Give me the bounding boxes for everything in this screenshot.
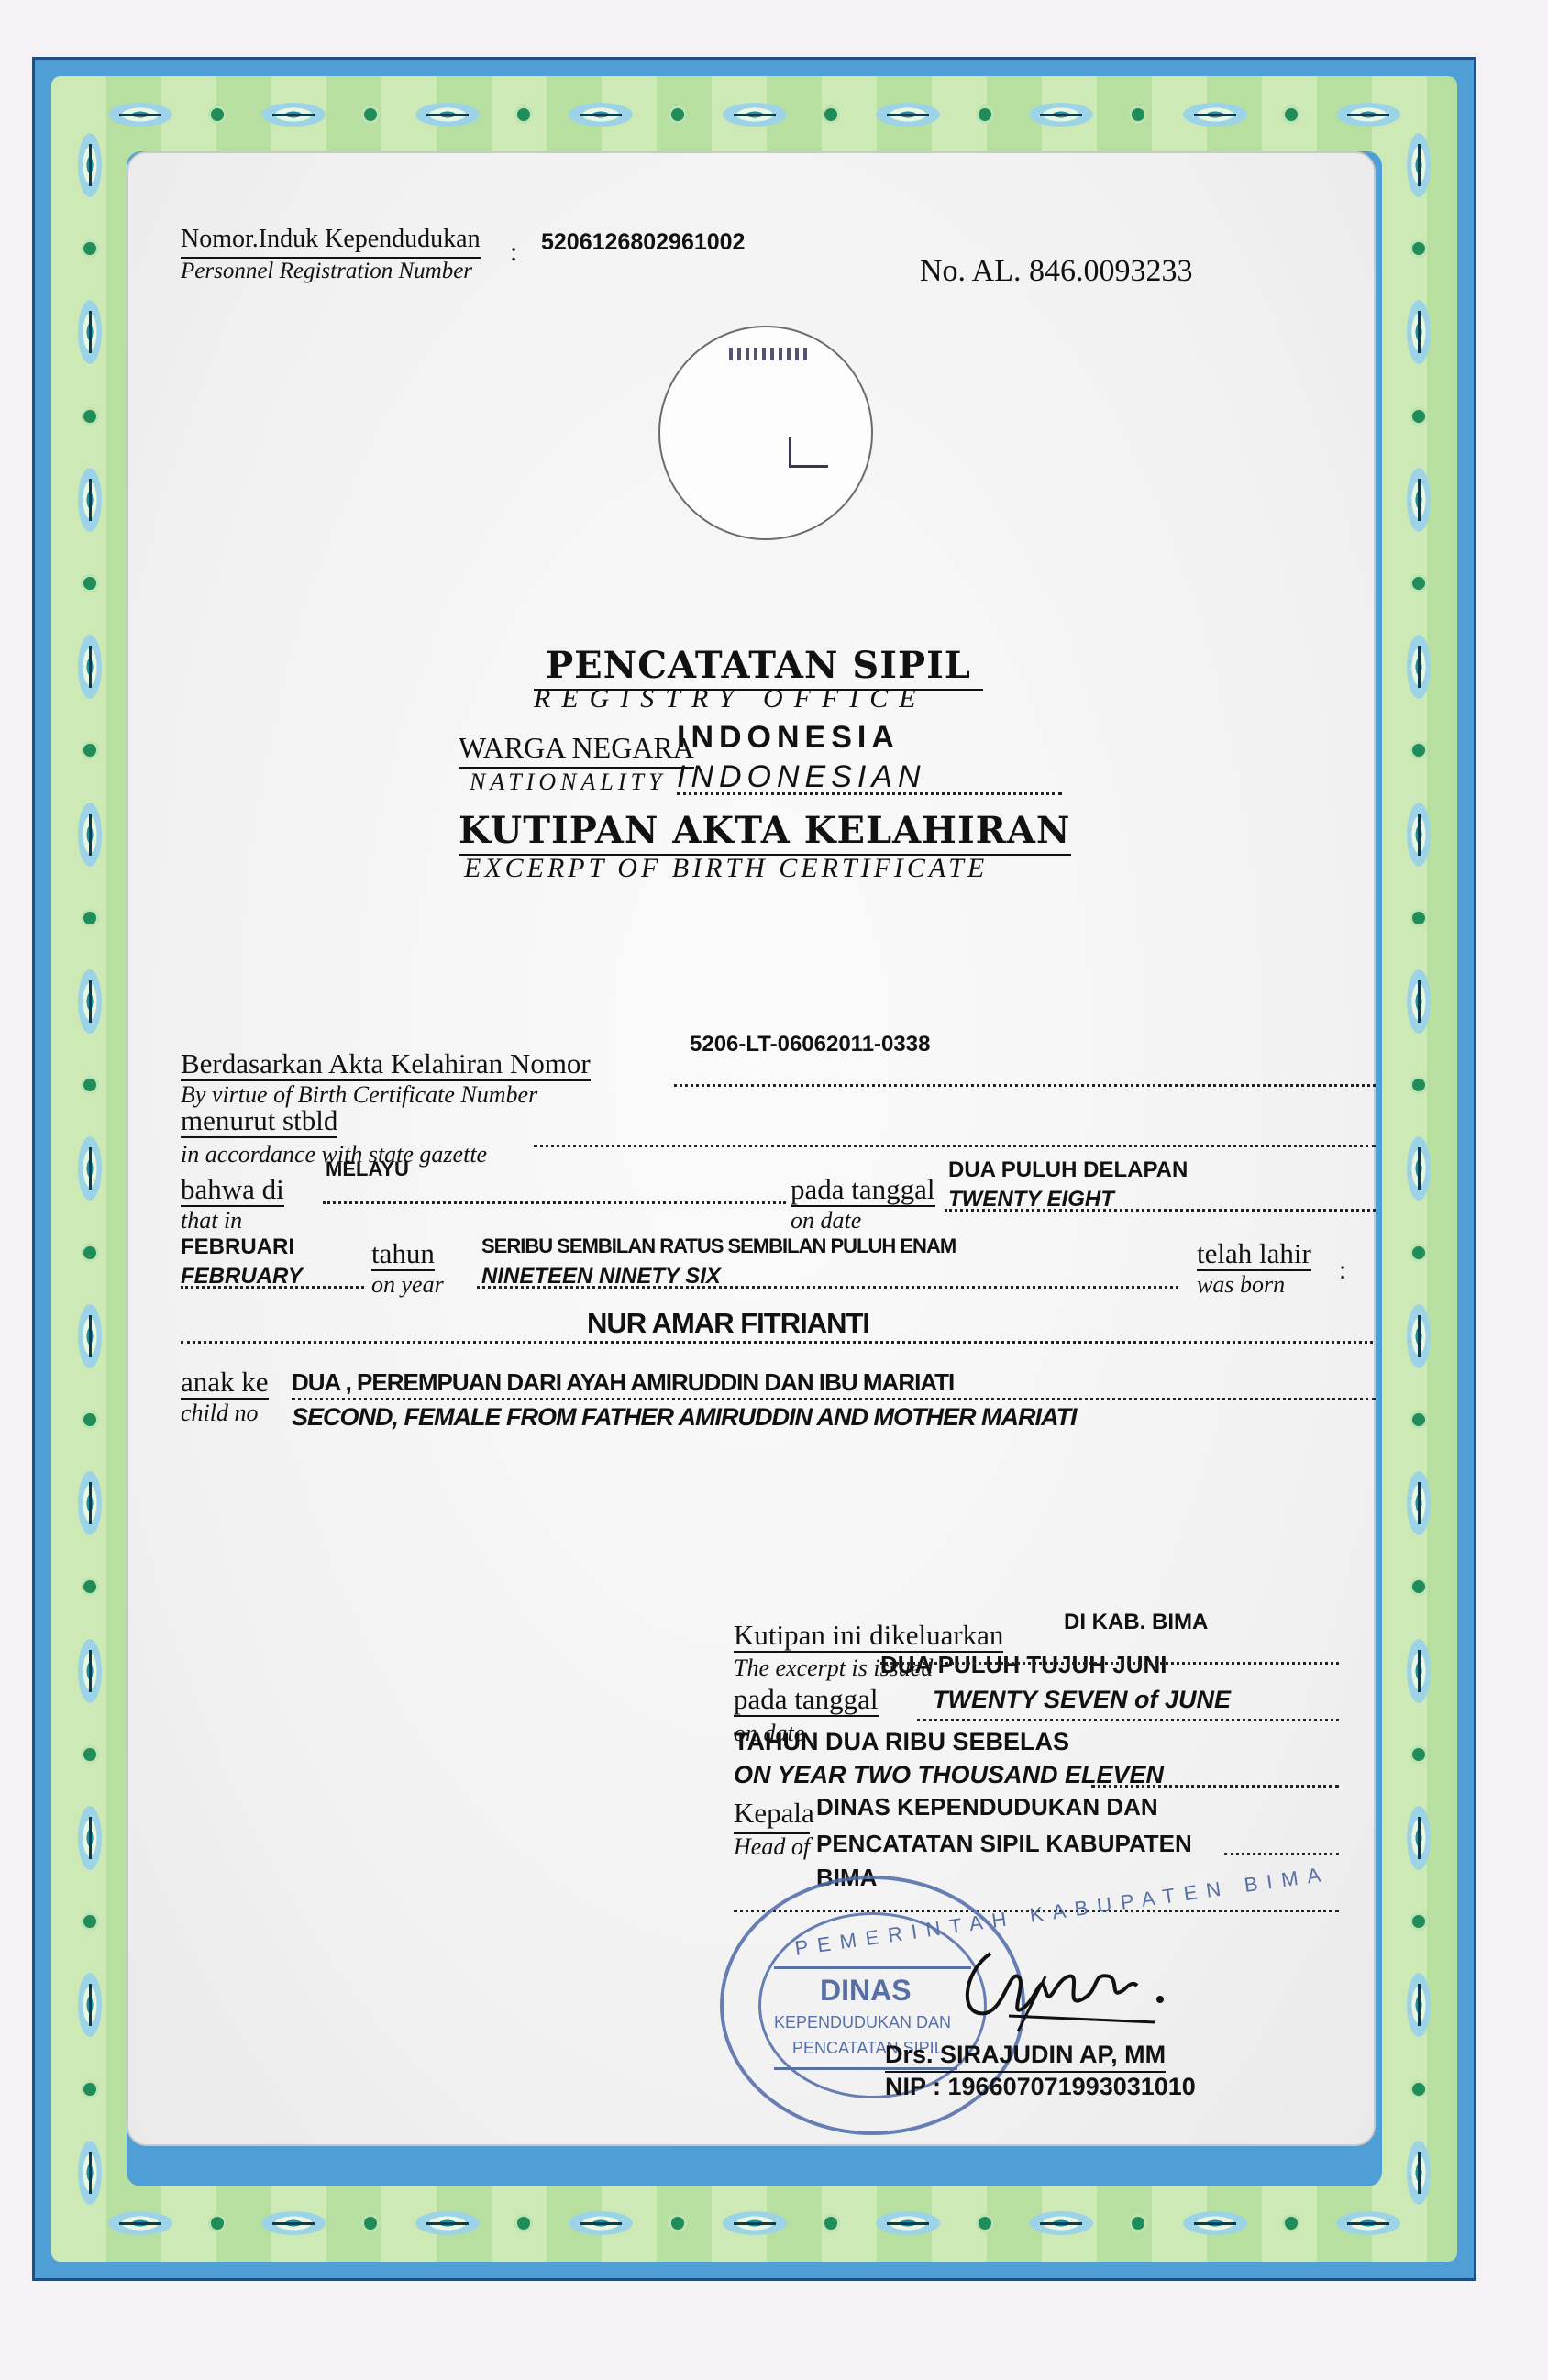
nik-label: Nomor.Induk Kependudukan bbox=[181, 224, 481, 259]
embossed-seal bbox=[658, 326, 873, 540]
nationality-dotted-line bbox=[677, 792, 1062, 795]
birth-month-value: FEBRUARI bbox=[181, 1234, 294, 1260]
birth-year-label: tahun bbox=[371, 1238, 435, 1271]
signatory-nip: NIP : 196607071993031010 bbox=[885, 2073, 1196, 2101]
born-label: telah lahir bbox=[1197, 1238, 1311, 1271]
birth-year-label-en: on year bbox=[371, 1272, 444, 1298]
border-ornaments-bottom bbox=[108, 2205, 1400, 2242]
certificate-number-value: 5206-LT-06062011-0338 bbox=[690, 1032, 930, 1057]
head-office-line-1: DINAS KEPENDUDUKAN DAN bbox=[816, 1793, 1158, 1821]
birth-date-dotted-line bbox=[945, 1209, 1376, 1212]
border-ornaments-top bbox=[108, 96, 1400, 133]
head-office-dotted-line bbox=[1224, 1853, 1339, 1855]
border-ornaments-left bbox=[72, 133, 108, 2205]
stbld-dotted-line bbox=[534, 1145, 1376, 1147]
nik-label-en: Personnel Registration Number bbox=[181, 259, 472, 284]
issued-date-dotted-line bbox=[917, 1719, 1339, 1721]
certificate-number-dotted-line bbox=[674, 1084, 1376, 1087]
nationality-value-en: INDONESIAN bbox=[677, 759, 926, 795]
child-name-dotted-line bbox=[181, 1341, 1373, 1344]
child-order-label: anak ke bbox=[181, 1367, 269, 1400]
birth-date-label-en: on date bbox=[791, 1208, 861, 1234]
stbld-label: menurut stbld bbox=[181, 1105, 337, 1138]
signature bbox=[954, 1935, 1174, 2036]
head-office-line-2: PENCATATAN SIPIL KABUPATEN bbox=[816, 1830, 1192, 1858]
issued-year-value: TAHUN DUA RIBU SEBELAS bbox=[734, 1728, 1069, 1756]
place-value: MELAYU bbox=[326, 1157, 409, 1181]
nik-colon: : bbox=[510, 237, 517, 268]
certificate-number-label: Berdasarkan Akta Kelahiran Nomor bbox=[181, 1048, 591, 1081]
nationality-value: INDONESIA bbox=[677, 720, 900, 756]
nationality-label: WARGA NEGARA bbox=[459, 731, 694, 769]
issued-date-label: pada tanggal bbox=[734, 1684, 879, 1717]
child-order-value: DUA , PEREMPUAN DARI AYAH AMIRUDDIN DAN … bbox=[292, 1368, 954, 1397]
office-title-en: REGISTRY OFFICE bbox=[534, 683, 927, 714]
stamp-center-line-1: DINAS bbox=[820, 1974, 912, 2008]
border-ornaments-right bbox=[1400, 133, 1437, 2205]
child-order-dotted-line bbox=[292, 1398, 1376, 1400]
birth-year-value: SERIBU SEMBILAN RATUS SEMBILAN PULUH ENA… bbox=[481, 1234, 956, 1258]
issued-label: Kutipan ini dikeluarkan bbox=[734, 1620, 1003, 1653]
child-order-value-en: SECOND, FEMALE FROM FATHER AMIRUDDIN AND… bbox=[292, 1403, 1076, 1432]
birth-date-value: DUA PULUH DELAPAN bbox=[948, 1157, 1188, 1183]
born-label-en: was born bbox=[1197, 1272, 1285, 1298]
nationality-label-en: NATIONALITY bbox=[470, 769, 666, 796]
issued-year-dotted-line bbox=[1091, 1785, 1339, 1788]
place-label-en: that in bbox=[181, 1208, 242, 1234]
born-colon: : bbox=[1339, 1255, 1346, 1286]
issued-place-dotted-line bbox=[880, 1662, 1339, 1665]
birth-month-dotted-line bbox=[181, 1286, 364, 1289]
head-label-en: Head of bbox=[734, 1832, 810, 1860]
signatory-name: Drs. SIRAJUDIN AP, MM bbox=[885, 2041, 1166, 2073]
issued-date-value: DUA PULUH TUJUH JUNI bbox=[880, 1651, 1167, 1679]
child-name-value: NUR AMAR FITRIANTI bbox=[587, 1307, 869, 1340]
nik-value: 5206126802961002 bbox=[541, 229, 745, 256]
head-label: Kepala bbox=[734, 1798, 814, 1829]
place-label: bahwa di bbox=[181, 1174, 284, 1207]
document-title-en: EXCERPT OF BIRTH CERTIFICATE bbox=[464, 853, 988, 884]
document-title: KUTIPAN AKTA KELAHIRAN bbox=[459, 809, 1071, 856]
place-dotted-line bbox=[323, 1201, 786, 1204]
issued-date-value-en: TWENTY SEVEN of JUNE bbox=[933, 1686, 1231, 1714]
issued-place-value: DI KAB. BIMA bbox=[1064, 1610, 1208, 1635]
serial-number: No. AL. 846.0093233 bbox=[920, 254, 1193, 289]
birth-year-dotted-line bbox=[477, 1286, 1178, 1289]
stamp-center-line-2: KEPENDUDUKAN DAN bbox=[774, 2013, 951, 2032]
child-order-label-en: child no bbox=[181, 1400, 259, 1426]
birth-date-label: pada tanggal bbox=[791, 1174, 935, 1207]
